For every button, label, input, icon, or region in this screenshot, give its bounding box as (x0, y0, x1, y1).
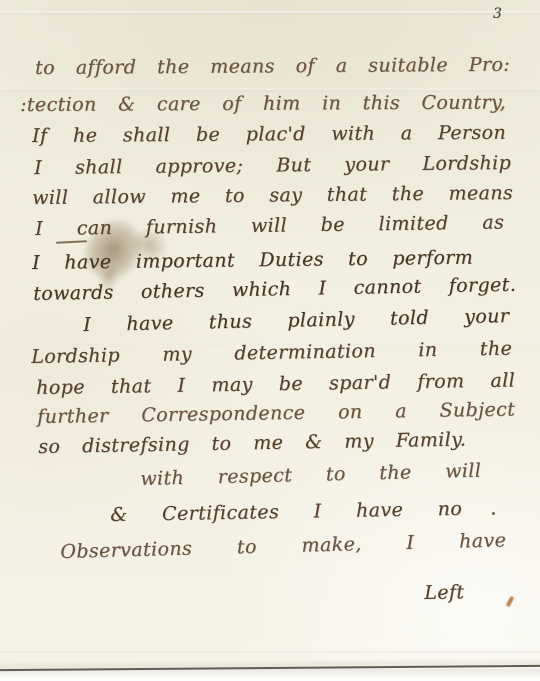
letter-line: I have thus plainly told your (83, 303, 509, 338)
letter-line: I can furnish will be limited as (35, 209, 504, 242)
letter-line: to afford the means of a suitable Pro: (35, 52, 510, 81)
period-dot (492, 512, 495, 515)
letter-line: Observations to make, I have (60, 527, 507, 565)
letter-line: & Certificates I have no (110, 496, 462, 528)
letter-line: I have important Duties to perform (32, 245, 473, 276)
page-number: 3 (493, 6, 502, 22)
letter-page: 3 to afford the means of a suitable Pro:… (0, 0, 540, 669)
letter-catchword: Left (424, 579, 484, 606)
letter-line: If he shall be plac'd with a Person (32, 120, 506, 149)
letter-line: with respect to the will (140, 458, 482, 492)
letter-line: hope that I may be spar'd from all (36, 367, 515, 401)
crease-line (0, 11, 540, 15)
crease-line (0, 649, 540, 653)
letter-line: :tection & care of him in this Country, (20, 89, 506, 118)
ink-fleck (506, 596, 515, 608)
letter-line: will allow me to say that the means (32, 180, 513, 211)
letter-line: I shall approve; But your Lordship (34, 150, 511, 181)
letter-scan: 3 to afford the means of a suitable Pro:… (0, 0, 540, 681)
letter-line: so distrefsing to me & my Family. (38, 427, 466, 460)
letter-line: further Correspondence on a Subject (37, 396, 515, 430)
